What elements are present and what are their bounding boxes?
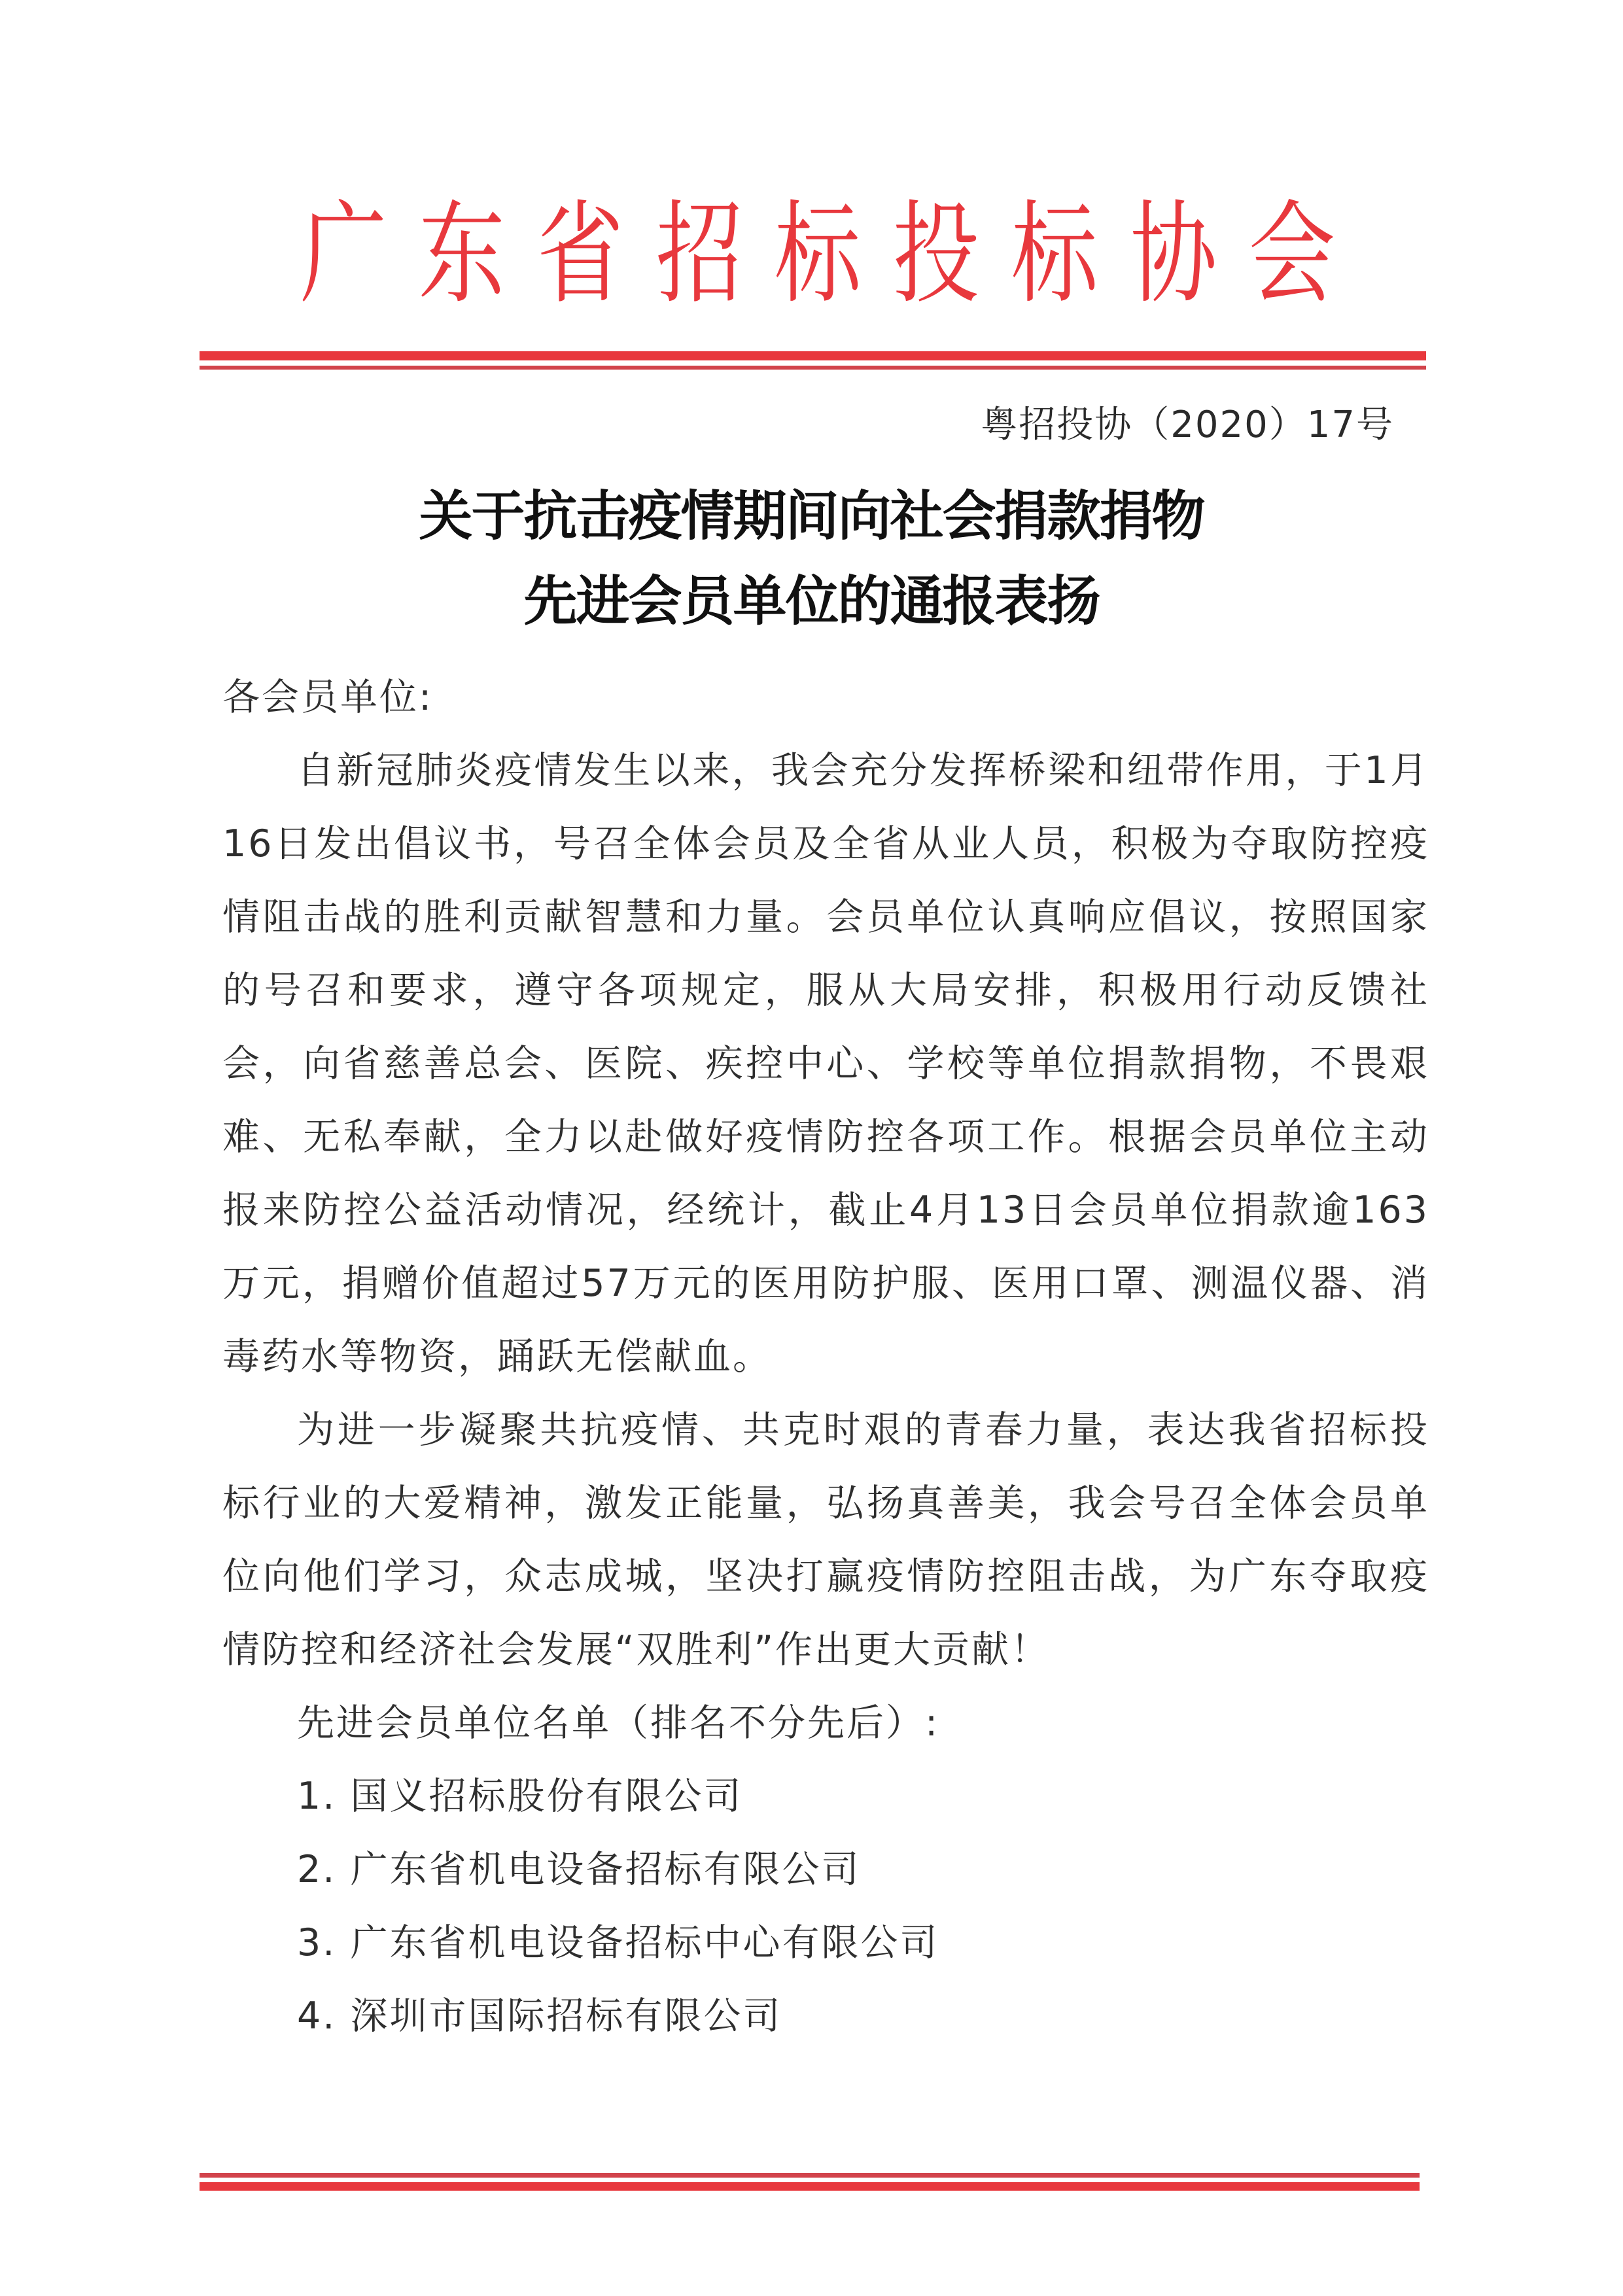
footer-rule-thin [200,2173,1420,2178]
footer-rule-thick [200,2182,1420,2191]
letterhead-char: 标 [775,190,862,321]
honor-list-item: 4. 深圳市国际招标有限公司 [222,1979,1429,2053]
letterhead-char: 招 [655,190,742,321]
honor-list-item: 1. 国义招标股份有限公司 [222,1760,1429,1833]
honor-list-item: 2. 广东省机电设备招标有限公司 [222,1833,1429,1906]
honor-list-item: 3. 广东省机电设备招标中心有限公司 [222,1906,1429,1979]
header-rule-thin [200,366,1426,370]
letterhead-char: 标 [1011,190,1098,321]
org-letterhead-title: 广 东 省 招 标 投 标 协 会 [288,190,1348,321]
letterhead-char: 投 [893,190,980,321]
body-paragraph-1: 自新冠肺炎疫情发生以来，我会充分发挥桥梁和纽带作用，于1月16日发出倡议书，号召… [222,734,1429,1393]
document-title-line-2: 先进会员单位的通报表扬 [0,566,1623,638]
document-number: 粤招投协（2020）17号 [981,402,1394,448]
letterhead-char: 会 [1249,190,1336,321]
letterhead-char: 协 [1130,190,1217,321]
document-body: 各会员单位: 自新冠肺炎疫情发生以来，我会充分发挥桥梁和纽带作用，于1月16日发… [222,661,1429,2053]
honor-list: 1. 国义招标股份有限公司 2. 广东省机电设备招标有限公司 3. 广东省机电设… [222,1760,1429,2053]
letterhead-char: 省 [537,190,624,321]
header-rule-thick [200,351,1426,360]
document-title-line-1: 关于抗击疫情期间向社会捐款捐物 [0,481,1623,553]
letterhead-char: 东 [419,190,506,321]
letterhead-char: 广 [300,190,387,321]
body-paragraph-2: 为进一步凝聚共抗疫情、共克时艰的青春力量，表达我省招标投标行业的大爱精神，激发正… [222,1393,1429,1686]
honor-list-intro: 先进会员单位名单（排名不分先后）: [222,1686,1429,1760]
salutation: 各会员单位: [222,661,1429,734]
